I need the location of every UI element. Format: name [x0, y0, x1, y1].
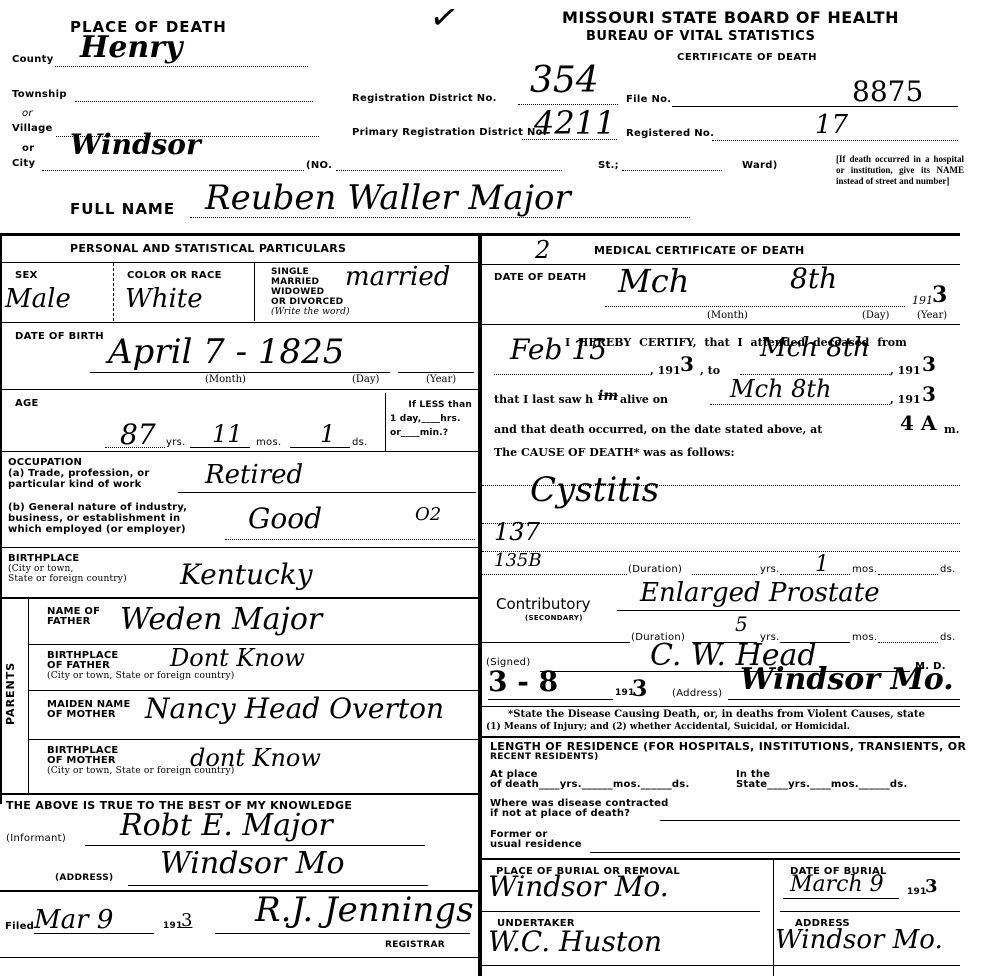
cause-of-death-label: The CAUSE OF DEATH* was as follows: — [494, 446, 735, 459]
occupation-title: OCCUPATION — [8, 457, 150, 468]
registration-district-label: Registration District No. — [352, 93, 497, 104]
contributory-label: Contributory — [496, 595, 591, 613]
informant-label: (Informant) — [6, 833, 66, 844]
birthplace-field[interactable]: Kentucky — [180, 558, 313, 591]
former-label-2: usual residence — [490, 840, 582, 850]
marital-divorced: OR DIVORCED — [271, 297, 350, 307]
street-label: St.; — [598, 160, 619, 171]
death-time-field[interactable]: 4 A — [900, 411, 936, 435]
occ-a-label: (a) Trade, profession, or — [8, 468, 150, 479]
file-number-label: File No. — [626, 94, 671, 105]
father-name-label: NAME OF FATHER — [47, 607, 100, 627]
disease-contracted: Where was disease contracted if not at p… — [490, 799, 668, 819]
marital-married: MARRIED — [271, 277, 350, 287]
filed-year-field[interactable]: 3 — [181, 910, 192, 931]
hours-label: 1 day,____hrs. — [390, 412, 472, 426]
cause-code-primary: 137 — [494, 518, 540, 546]
certificate-title: CERTIFICATE OF DEATH — [677, 52, 817, 63]
last-saw-year-prefix: , 191 — [890, 393, 921, 406]
occ-b-label: (b) General nature of industry, — [8, 502, 187, 513]
ds-label: ds. — [352, 437, 368, 448]
registered-number-field[interactable]: 17 — [815, 110, 848, 140]
former-residence: Former or usual residence — [490, 830, 582, 850]
birthplace-hint: (City or town, — [8, 564, 127, 574]
month-hint: (Month) — [205, 374, 246, 385]
county-label: County — [12, 54, 54, 65]
contributory-cause-field[interactable]: Enlarged Prostate — [640, 578, 880, 608]
sex-label: SEX — [15, 270, 38, 281]
burial-year-prefix: 191 — [907, 887, 927, 897]
state-board-title: MISSOURI STATE BOARD OF HEALTH — [562, 8, 899, 27]
personal-section-title: PERSONAL AND STATISTICAL PARTICULARS — [70, 242, 346, 255]
mother-name-field[interactable]: Nancy Head Overton — [145, 692, 444, 725]
last-saw-pronoun[interactable]: im — [598, 388, 618, 404]
sex-field[interactable]: Male — [5, 284, 71, 314]
medical-section-number: 2 — [535, 236, 550, 264]
mother-name-label-2: OF MOTHER — [47, 710, 130, 720]
at-place-durations: of death____yrs.______mos.______ds. — [490, 780, 689, 790]
date-of-death-label: DATE OF DEATH — [494, 272, 586, 283]
father-name-field[interactable]: Weden Major — [120, 602, 322, 637]
full-name-field[interactable]: Reuben Waller Major — [205, 178, 571, 218]
contracted-label-2: if not at place of death? — [490, 809, 668, 819]
footnote-line-1: *State the Disease Causing Death, or, in… — [508, 709, 925, 720]
or-label: or — [22, 143, 34, 154]
duration-ds-label: ds. — [940, 632, 956, 643]
contributory-duration-years[interactable]: 5 — [735, 612, 748, 636]
hospital-note: [If death occurred in a hospital or inst… — [836, 154, 964, 187]
burial-date-field[interactable]: March 9 — [790, 872, 884, 897]
date-of-death-year-field[interactable]: 3 — [932, 282, 947, 308]
industry-label: (b) General nature of industry, business… — [8, 502, 187, 535]
death-year-prefix: 191 — [912, 294, 933, 307]
informant-address-field[interactable]: Windsor Mo — [160, 846, 345, 881]
ward-label: Ward) — [742, 160, 778, 171]
birthplace-label: BIRTHPLACE (City or town, State or forei… — [8, 554, 127, 584]
residence-title-2: RECENT RESIDENTS) — [490, 752, 599, 762]
duration-mos-label: mos. — [852, 564, 877, 575]
occ-b-label-3: which employed (or employer) — [8, 524, 187, 535]
attended-to-year[interactable]: 3 — [922, 352, 936, 376]
attended-from-year[interactable]: 3 — [680, 352, 694, 376]
marital-single: SINGLE — [271, 267, 350, 277]
undertaker-address-field[interactable]: Windsor Mo. — [775, 925, 943, 955]
full-name-label: FULL NAME — [70, 200, 175, 218]
race-label: COLOR OR RACE — [127, 270, 222, 281]
father-birthplace-field[interactable]: Dont Know — [170, 644, 305, 672]
less-than-label: If LESS than — [390, 398, 472, 412]
last-saw-label: that I last saw h — [494, 393, 593, 406]
last-saw-year[interactable]: 3 — [922, 382, 936, 406]
to-label: , to — [700, 364, 720, 377]
day-hint: (Day) — [862, 310, 889, 321]
filed-year-prefix: 191 — [163, 921, 183, 931]
date-of-death-day-field[interactable]: 8th — [790, 262, 837, 295]
filed-label: Filed — [5, 921, 34, 932]
footnote-line-2: (1) Means of Injury; and (2) whether Acc… — [486, 722, 850, 732]
death-time-suffix: m. — [944, 423, 959, 436]
marital-status-field[interactable]: married — [345, 262, 450, 292]
year-hint: (Year) — [917, 310, 947, 321]
date-of-birth-label: DATE OF BIRTH — [15, 331, 104, 342]
marital-options: SINGLE MARRIED WIDOWED OR DIVORCED (Writ… — [271, 267, 350, 317]
last-saw-date-field[interactable]: Mch 8th — [730, 375, 831, 403]
mother-birthplace-field[interactable]: dont Know — [190, 744, 321, 772]
primary-district-field[interactable]: 4211 — [534, 104, 615, 142]
secondary-hint: (SECONDARY) — [525, 614, 583, 622]
registered-number-label: Registered No. — [626, 128, 714, 139]
burial-year[interactable]: 3 — [925, 876, 938, 897]
filed-date-field[interactable]: Mar 9 — [34, 905, 113, 935]
occ-b-label-2: business, or establishment in — [8, 513, 187, 524]
in-state-durations: State____yrs.____mos.______ds. — [736, 780, 907, 790]
duration-ds-label: ds. — [940, 564, 956, 575]
occ-a-label-2: particular kind of work — [8, 479, 150, 490]
date-of-death-month-field[interactable]: Mch — [618, 262, 689, 300]
from-year-prefix: , 191 — [650, 364, 681, 377]
in-state: In the State____yrs.____mos.______ds. — [736, 770, 907, 790]
bureau-title: BUREAU OF VITAL STATISTICS — [586, 29, 815, 44]
informant-address-label: (ADDRESS) — [55, 873, 113, 883]
age-days-field[interactable]: 1 — [320, 420, 335, 448]
signed-date-field[interactable]: 3 - 8 — [488, 665, 558, 698]
physician-address-field[interactable]: Windsor Mo. — [740, 662, 954, 697]
village-label: Village — [12, 123, 53, 134]
physician-address-label: (Address) — [672, 688, 722, 699]
or-label: or — [22, 108, 33, 119]
mother-name-label: MAIDEN NAME OF MOTHER — [47, 700, 130, 720]
occupation-industry-field[interactable]: Good — [248, 502, 322, 535]
at-place-of-death: At place of death____yrs.______mos._____… — [490, 770, 689, 790]
month-hint: (Month) — [707, 310, 748, 321]
cause-of-death-field[interactable]: Cystitis — [530, 470, 659, 510]
occupation-code: O2 — [415, 504, 441, 525]
signed-year[interactable]: 3 — [632, 676, 647, 702]
attended-from-field[interactable]: Feb 15 — [510, 333, 607, 366]
less-than-day-box: If LESS than 1 day,____hrs. or____min.? — [390, 398, 472, 440]
yrs-label: yrs. — [166, 437, 186, 448]
parents-side-label: PARENTS — [4, 662, 17, 725]
informant-field[interactable]: Robt E. Major — [120, 808, 333, 843]
duration-yrs-label: yrs. — [760, 564, 780, 575]
undertaker-field[interactable]: W.C. Huston — [488, 925, 662, 958]
marital-hint: (Write the word) — [271, 307, 350, 317]
birthplace-title: BIRTHPLACE — [8, 554, 127, 564]
primary-district-label: Primary Registration District No. — [352, 127, 547, 138]
township-label: Township — [12, 89, 67, 100]
registrar-signature: R.J. Jennings — [255, 890, 474, 930]
registration-district-field[interactable]: 354 — [530, 60, 599, 101]
alive-on-label: alive on — [620, 393, 668, 406]
occupation-label: OCCUPATION (a) Trade, profession, or par… — [8, 457, 150, 490]
registrar-label: REGISTRAR — [385, 940, 445, 950]
marital-widowed: WIDOWED — [271, 287, 350, 297]
medical-section-title: MEDICAL CERTIFICATE OF DEATH — [594, 244, 805, 257]
cause-code-secondary: 135B — [494, 550, 542, 571]
city-field[interactable]: Windsor — [70, 128, 201, 161]
burial-place-field[interactable]: Windsor Mo. — [488, 870, 669, 903]
father-name-label-2: FATHER — [47, 617, 100, 627]
death-occurred-text: and that death occurred, on the date sta… — [494, 423, 822, 436]
father-bp-hint: (City or town, State or foreign country) — [47, 671, 234, 681]
age-months-field[interactable]: 11 — [212, 420, 243, 448]
county-field[interactable]: Henry — [80, 30, 182, 65]
duration-mos-label: mos. — [852, 632, 877, 643]
street-number-label: (NO. — [306, 160, 332, 171]
file-number-field[interactable]: 8875 — [852, 75, 923, 108]
minutes-label: or____min.? — [390, 426, 472, 440]
date-of-birth-field[interactable]: April 7 - 1825 — [108, 332, 344, 372]
city-label: City — [12, 158, 35, 169]
day-hint: (Day) — [352, 374, 379, 385]
race-field[interactable]: White — [125, 284, 203, 314]
birthplace-hint-2: State or foreign country) — [8, 574, 127, 584]
to-year-prefix: , 191 — [890, 364, 921, 377]
year-hint: (Year) — [426, 374, 456, 385]
mos-label: mos. — [256, 437, 281, 448]
age-label: AGE — [15, 398, 39, 409]
duration-label: (Duration) — [628, 564, 682, 575]
checkmark-icon: ✓ — [427, 0, 462, 40]
occupation-trade-field[interactable]: Retired — [205, 460, 303, 490]
attended-to-field[interactable]: Mch 8th — [760, 333, 870, 363]
